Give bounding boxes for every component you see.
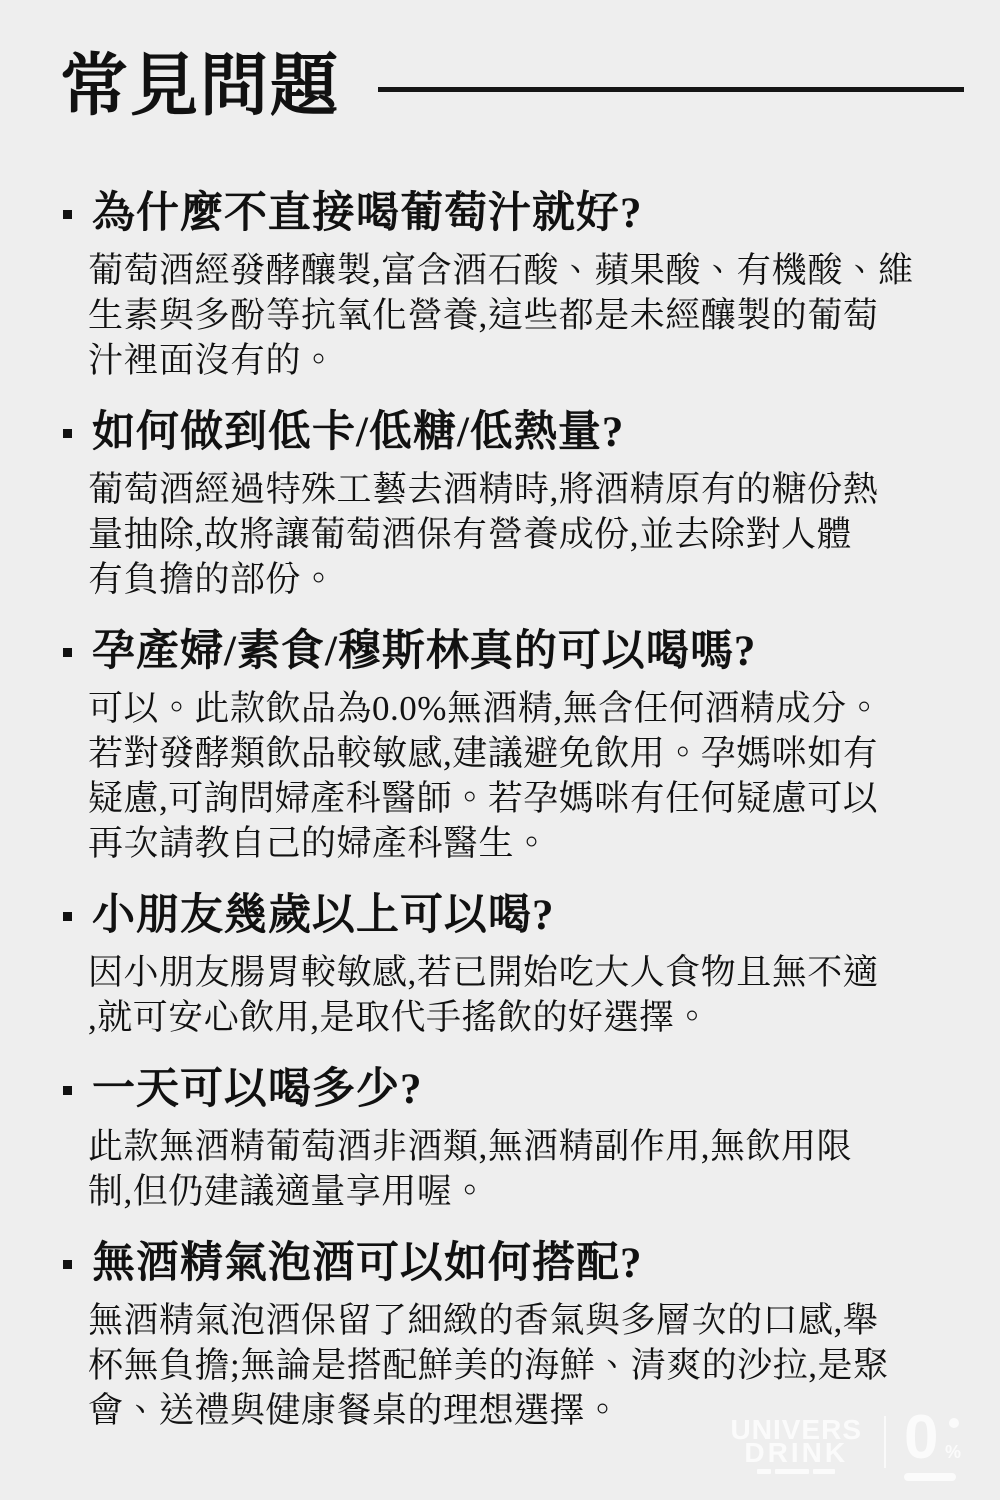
tagline-mark [775,1469,809,1474]
bullet-square-icon [63,648,72,657]
bullet-square-icon [63,210,72,219]
tagline-mark [813,1469,835,1474]
title-divider-line [378,87,964,92]
faq-answer: 此款無酒精葡萄酒非酒類,無酒精副作用,無飲用限 制,但仍建議適量享用喔。 [60,1124,964,1214]
faq-question-text: 一天可以喝多少? [92,1064,423,1115]
answer-line: 此款無酒精葡萄酒非酒類,無酒精副作用,無飲用限 [88,1124,964,1169]
faq-answer: 可以。此款飲品為0.0%無酒精,無含任何酒精成分。 若對發酵類飲品較敏感,建議避… [60,686,964,866]
zero-percent-mark: 0 % [906,1416,962,1468]
faq-answer: 葡萄酒經過特殊工藝去酒精時,將酒精原有的糖份熱 量抽除,故將讓葡萄酒保有營養成份… [60,467,964,602]
degree-ring-icon [949,1418,959,1428]
answer-line: 再次請教自己的婦產科醫生。 [88,821,964,866]
faq-question-text: 為什麼不直接喝葡萄汁就好? [92,188,643,239]
faq-list: 為什麼不直接喝葡萄汁就好? 葡萄酒經發酵釀製,富含酒石酸、蘋果酸、有機酸、維 生… [60,188,964,1433]
brand-wordmark: UNIVERS DRINK [731,1418,862,1474]
faq-answer: 因小朋友腸胃較敏感,若已開始吃大人食物且無不適 ,就可安心飲用,是取代手搖飲的好… [60,950,964,1040]
faq-item: 為什麼不直接喝葡萄汁就好? 葡萄酒經發酵釀製,富含酒石酸、蘋果酸、有機酸、維 生… [60,188,964,383]
bullet-square-icon [63,1260,72,1269]
tagline-mark [757,1469,771,1474]
brand-logo: UNIVERS DRINK 0 % [731,1416,962,1476]
answer-line: 有負擔的部份。 [88,557,964,602]
faq-question-text: 如何做到低卡/低糖/低熱量? [92,407,624,458]
answer-line: 無酒精氣泡酒保留了細緻的香氣與多層次的口感,舉 [88,1298,964,1343]
faq-item: 孕產婦/素食/穆斯林真的可以喝嗎? 可以。此款飲品為0.0%無酒精,無含任何酒精… [60,626,964,866]
answer-line: 制,但仍建議適量享用喔。 [88,1169,964,1214]
faq-question: 一天可以喝多少? [60,1064,964,1115]
brand-separator-line [884,1416,886,1468]
faq-answer: 無酒精氣泡酒保留了細緻的香氣與多層次的口感,舉 杯無負擔;無論是搭配鮮美的海鮮、… [60,1298,964,1433]
faq-item: 小朋友幾歲以上可以喝? 因小朋友腸胃較敏感,若已開始吃大人食物且無不適 ,就可安… [60,890,964,1040]
answer-line: 量抽除,故將讓葡萄酒保有營養成份,並去除對人體 [88,512,964,557]
faq-question-text: 小朋友幾歲以上可以喝? [92,890,555,941]
faq-item: 如何做到低卡/低糖/低熱量? 葡萄酒經過特殊工藝去酒精時,將酒精原有的糖份熱 量… [60,407,964,602]
faq-question: 孕產婦/素食/穆斯林真的可以喝嗎? [60,626,964,677]
faq-item: 無酒精氣泡酒可以如何搭配? 無酒精氣泡酒保留了細緻的香氣與多層次的口感,舉 杯無… [60,1238,964,1433]
faq-item: 一天可以喝多少? 此款無酒精葡萄酒非酒類,無酒精副作用,無飲用限 制,但仍建議適… [60,1064,964,1214]
brand-pill-badge [904,1473,956,1481]
answer-line: ,就可安心飲用,是取代手搖飲的好選擇。 [88,995,964,1040]
answer-line: 可以。此款飲品為0.0%無酒精,無含任何酒精成分。 [88,686,964,731]
answer-line: 杯無負擔;無論是搭配鮮美的海鮮、清爽的沙拉,是聚 [88,1343,964,1388]
zero-glyph: 0 [904,1408,936,1468]
faq-question: 為什麼不直接喝葡萄汁就好? [60,188,964,239]
answer-line: 若對發酵類飲品較敏感,建議避免飲用。孕媽咪如有 [88,731,964,776]
bullet-square-icon [63,912,72,921]
answer-line: 葡萄酒經過特殊工藝去酒精時,將酒精原有的糖份熱 [88,467,964,512]
answer-line: 生素與多酚等抗氧化營養,這些都是未經釀製的葡萄 [88,293,964,338]
faq-question: 小朋友幾歲以上可以喝? [60,890,964,941]
answer-line: 疑慮,可詢問婦產科醫師。若孕媽咪有任何疑慮可以 [88,776,964,821]
bullet-square-icon [63,429,72,438]
brand-tagline-marks [731,1469,862,1474]
faq-question: 如何做到低卡/低糖/低熱量? [60,407,964,458]
page-title: 常見問題 [60,48,340,124]
faq-question-text: 孕產婦/素食/穆斯林真的可以喝嗎? [92,626,756,677]
answer-line: 葡萄酒經發酵釀製,富含酒石酸、蘋果酸、有機酸、維 [88,248,964,293]
percent-glyph: % [945,1443,961,1461]
answer-line: 因小朋友腸胃較敏感,若已開始吃大人食物且無不適 [88,950,964,995]
faq-question-text: 無酒精氣泡酒可以如何搭配? [92,1238,643,1289]
brand-name-drink: DRINK [731,1441,862,1464]
faq-answer: 葡萄酒經發酵釀製,富含酒石酸、蘋果酸、有機酸、維 生素與多酚等抗氧化營養,這些都… [60,248,964,383]
page-header: 常見問題 [60,48,964,124]
bullet-square-icon [63,1086,72,1095]
faq-page: 常見問題 為什麼不直接喝葡萄汁就好? 葡萄酒經發酵釀製,富含酒石酸、蘋果酸、有機… [0,0,1000,1500]
faq-question: 無酒精氣泡酒可以如何搭配? [60,1238,964,1289]
answer-line: 汁裡面沒有的。 [88,338,964,383]
